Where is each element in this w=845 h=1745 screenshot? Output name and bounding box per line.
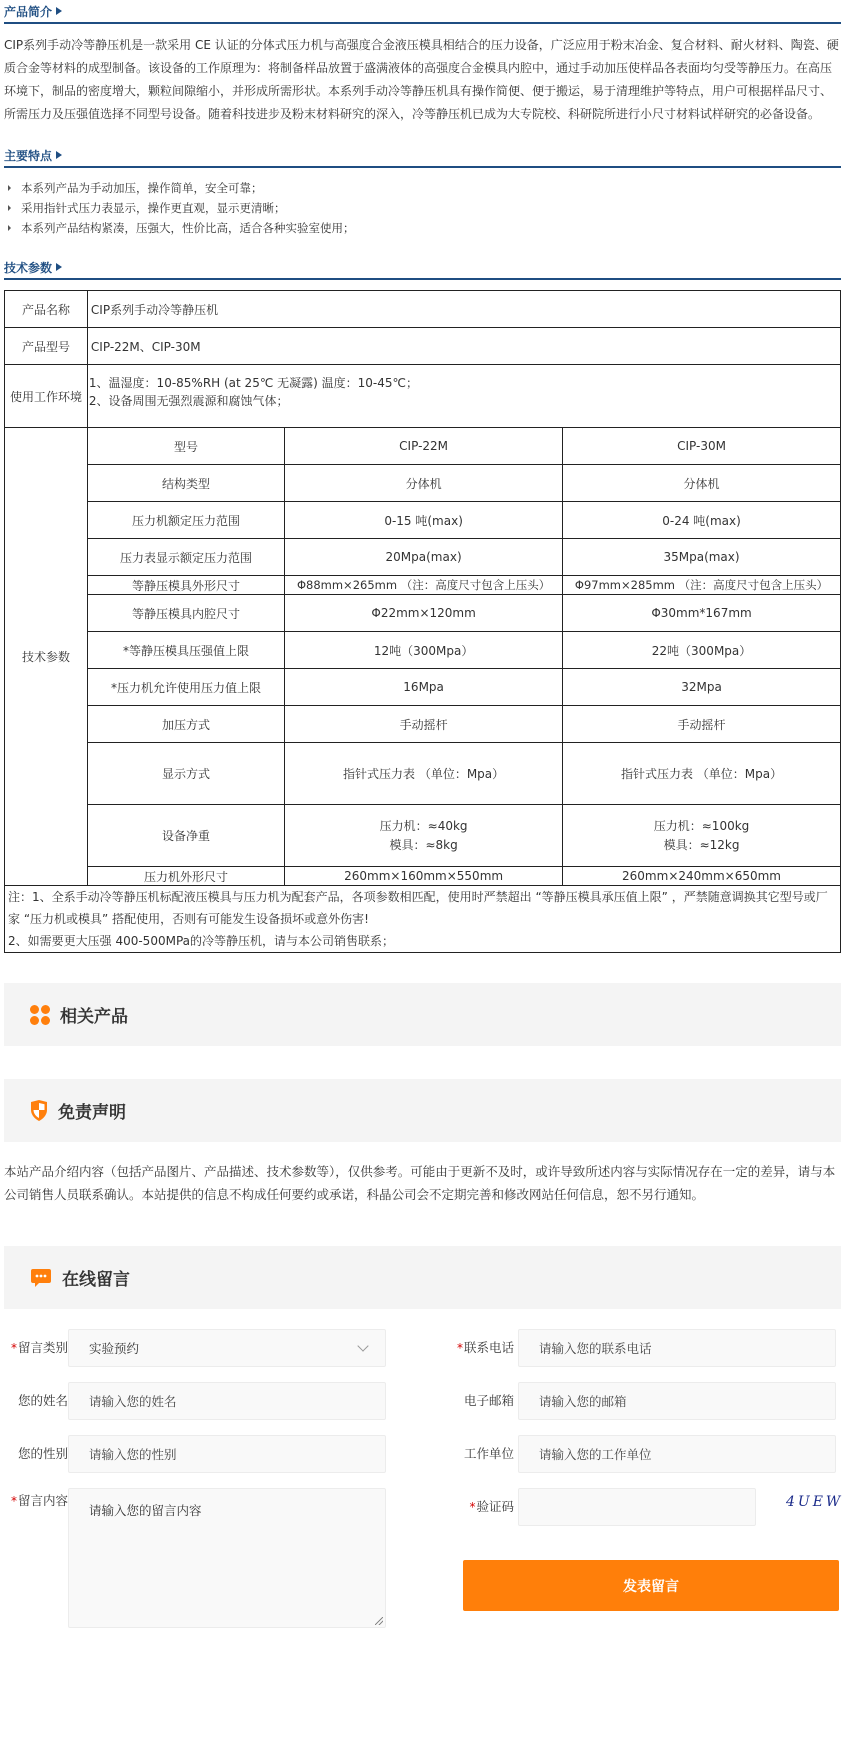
spec-label: 使用工作环境 [5, 365, 88, 428]
table-row: 使用工作环境 1、温湿度：10-85%RH (at 25℃ 无凝露) 温度：10… [5, 365, 841, 428]
section-title: 免责声明 [58, 1098, 126, 1123]
email-input[interactable]: 请输入您的邮箱 [518, 1382, 836, 1420]
table-row-note: 注：1、全系手动冷等静压机标配液压模具与压力机为配套产品，各项参数相匹配，使用时… [5, 886, 841, 953]
required-mark: * [11, 1341, 17, 1355]
list-item: 本系列产品为手动加压，操作简单，安全可靠； [4, 178, 841, 198]
section-header-intro: 产品简介 [4, 0, 841, 24]
table-row: 压力机外形尺寸 260mm×160mm×550mm 260mm×240mm×65… [5, 867, 841, 886]
form-row-content: *留言内容 请输入您的留言内容 [4, 1488, 426, 1628]
section-title: 主要特点 [4, 147, 52, 164]
form-row-category: *留言类别 实验预约 [4, 1329, 426, 1367]
table-row: 等静压模具外形尺寸 Φ88mm×265mm （注：高度尺寸包含上压头） Φ97m… [5, 576, 841, 595]
resize-handle-icon[interactable] [375, 1617, 383, 1625]
spec-label: 技术参数 [5, 428, 88, 886]
table-row: 技术参数 型号 CIP-22M CIP-30M [5, 428, 841, 465]
table-row: 产品型号 CIP-22M、CIP-30M [5, 328, 841, 365]
features-list: 本系列产品为手动加压，操作简单，安全可靠； 采用指针式压力表显示，操作更直观，显… [4, 178, 841, 238]
message-form: *留言类别 实验预约 您的姓名 请输入您的姓名 您的性别 请输入您的性别 *留言… [4, 1329, 841, 1643]
bullet-icon [8, 185, 11, 191]
table-row: 结构类型 分体机 分体机 [5, 465, 841, 502]
spec-label: 产品名称 [5, 291, 88, 328]
intro-paragraph: CIP系列手动冷等静压机是一款采用 CE 认证的分体式压力机与高强度合金液压模具… [4, 34, 841, 126]
form-row-name: 您的姓名 请输入您的姓名 [4, 1382, 426, 1420]
triangle-right-icon [56, 263, 62, 271]
spec-table: 产品名称 CIP系列手动冷等静压机 产品型号 CIP-22M、CIP-30M 使… [4, 290, 841, 953]
table-row: 产品名称 CIP系列手动冷等静压机 [5, 291, 841, 328]
captcha-input[interactable] [518, 1488, 756, 1526]
table-row: 设备净重 压力机：≈40kg 模具：≈8kg 压力机：≈100kg 模具：≈12… [5, 805, 841, 867]
spec-value: CIP-22M、CIP-30M [87, 328, 840, 365]
spec-label: 产品型号 [5, 328, 88, 365]
company-input[interactable]: 请输入您的工作单位 [518, 1435, 836, 1473]
section-header-features: 主要特点 [4, 144, 841, 168]
section-title: 产品简介 [4, 3, 52, 20]
chat-bubble-icon [30, 1267, 52, 1289]
list-item: 采用指针式压力表显示，操作更直观，显示更清晰； [4, 198, 841, 218]
form-row-phone: *联系电话 请输入您的联系电话 [426, 1329, 845, 1367]
triangle-right-icon [56, 151, 62, 159]
captcha-image[interactable]: 4UEW [786, 1494, 843, 1510]
required-mark: * [469, 1500, 475, 1514]
triangle-right-icon [56, 7, 62, 15]
phone-input[interactable]: 请输入您的联系电话 [518, 1329, 836, 1367]
form-row-company: 工作单位 请输入您的工作单位 [426, 1435, 845, 1473]
form-left-column: *留言类别 实验预约 您的姓名 请输入您的姓名 您的性别 请输入您的性别 *留言… [4, 1329, 426, 1643]
message-header: 在线留言 [4, 1246, 841, 1309]
content-textarea[interactable]: 请输入您的留言内容 [68, 1488, 386, 1628]
section-title: 在线留言 [62, 1265, 130, 1290]
gender-input[interactable]: 请输入您的性别 [68, 1435, 386, 1473]
disclaimer-header: 免责声明 [4, 1079, 841, 1142]
chevron-down-icon [357, 1340, 368, 1351]
form-row-gender: 您的性别 请输入您的性别 [4, 1435, 426, 1473]
clover-icon [30, 1005, 50, 1025]
table-row: *压力机允许使用压力值上限 16Mpa 32Mpa [5, 669, 841, 706]
table-row: 等静压模具内腔尺寸 Φ22mm×120mm Φ30mm*167mm [5, 595, 841, 632]
form-right-column: *联系电话 请输入您的联系电话 电子邮箱 请输入您的邮箱 工作单位 请输入您的工… [426, 1329, 845, 1643]
name-input[interactable]: 请输入您的姓名 [68, 1382, 386, 1420]
required-mark: * [457, 1341, 463, 1355]
form-row-email: 电子邮箱 请输入您的邮箱 [426, 1382, 845, 1420]
table-row: 加压方式 手动摇杆 手动摇杆 [5, 706, 841, 743]
category-select[interactable]: 实验预约 [68, 1329, 386, 1367]
bullet-icon [8, 225, 11, 231]
disclaimer-text: 本站产品介绍内容（包括产品图片、产品描述、技术参数等），仅供参考。可能由于更新不… [4, 1142, 841, 1216]
section-header-specs: 技术参数 [4, 256, 841, 280]
section-title: 相关产品 [60, 1002, 128, 1027]
spec-value: 1、温湿度：10-85%RH (at 25℃ 无凝露) 温度：10-45℃； 2… [87, 365, 840, 428]
table-row: 显示方式 指针式压力表 （单位：Mpa） 指针式压力表 （单位：Mpa） [5, 743, 841, 805]
bullet-icon [8, 205, 11, 211]
spec-note: 注：1、全系手动冷等静压机标配液压模具与压力机为配套产品，各项参数相匹配，使用时… [5, 886, 841, 953]
shield-icon [30, 1100, 48, 1121]
table-row: *等静压模具压强值上限 12吨（300Mpa） 22吨（300Mpa） [5, 632, 841, 669]
form-row-captcha: *验证码 4UEW [426, 1488, 845, 1526]
list-item: 本系列产品结构紧凑，压强大，性价比高，适合各种实验室使用； [4, 218, 841, 238]
section-title: 技术参数 [4, 259, 52, 276]
table-row: 压力机额定压力范围 0-15 吨(max) 0-24 吨(max) [5, 502, 841, 539]
table-row: 压力表显示额定压力范围 20Mpa(max) 35Mpa(max) [5, 539, 841, 576]
related-products-header: 相关产品 [4, 983, 841, 1046]
submit-message-button[interactable]: 发表留言 [463, 1560, 839, 1611]
spec-value: CIP系列手动冷等静压机 [87, 291, 840, 328]
required-mark: * [11, 1494, 17, 1508]
